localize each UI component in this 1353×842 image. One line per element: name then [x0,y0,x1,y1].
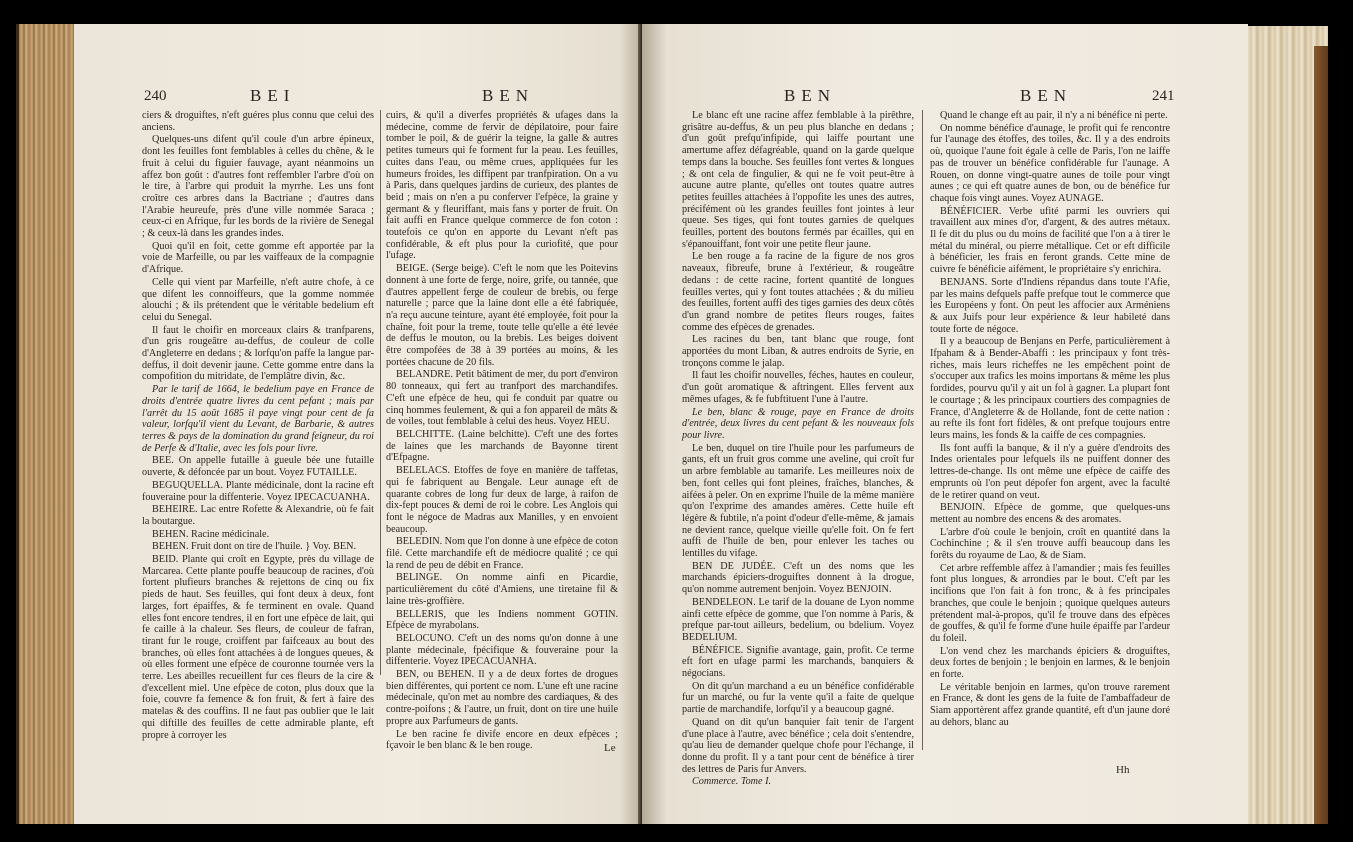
right-page-column-1: Le blanc eft une racine affez femblable … [682,110,914,789]
paragraph: Ils font auffi la banque, & il n'y a guè… [930,443,1170,502]
left-page-column-2: cuirs, & qu'il a diverfes propriétés & u… [386,110,618,753]
paragraph: Cet arbre reffemble affez à l'amandier ;… [930,563,1170,645]
entry-behen-fruit: BEHEN. Fruit dont on tire de l'huile. } … [142,541,374,553]
entry-bendeleon: BENDELEON. Le tarif de la douane de Lyon… [682,597,914,644]
entry-behen-racine: BEHEN. Racine médicinale. [142,529,374,541]
paragraph: Celle qui vient par Marfeille, n'eft aut… [142,277,374,324]
paragraph: Le blanc eft une racine affez femblable … [682,110,914,250]
entry-beneficier: BÉNÉFICIER. Verbe ufité parmi les ouvrie… [930,206,1170,276]
paragraph: Par le tarif de 1664, le bedelium paye e… [142,384,374,454]
paragraph: L'arbre d'où coule le benjoin, croît en … [930,527,1170,562]
column-rule [380,110,381,675]
paragraph: Il y a beaucoup de Benjans en Perfe, par… [930,336,1170,441]
paragraph: Il faut les choifir nouvelles, féches, h… [682,370,914,405]
paragraph: Le ben racine fe divife encore en deux e… [386,729,618,752]
paragraph: Le ben, blanc & rouge, paye en France de… [682,407,914,442]
entry-beguquella: BEGUQUELLA. Plante médicinale, dont la r… [142,480,374,503]
paragraph: Quand le change eft au pair, il n'y a ni… [930,110,1170,122]
entry-benjoin: BENJOIN. Efpèce de gomme, que quelques-u… [930,502,1170,525]
paragraph: Quoi qu'il en foit, cette gomme eft appo… [142,241,374,276]
entry-beid: BEID. Plante qui croît en Egypte, près d… [142,554,374,741]
entry-beheire: BEHEIRE. Lac entre Rofette & Alexandrie,… [142,504,374,527]
left-page: 240 BEI BEN ciers & droguiftes, n'eft gu… [74,24,642,824]
page-number: 241 [1152,88,1175,105]
running-head-left: BEN [784,86,836,106]
paragraph: L'on vend chez les marchands épiciers & … [930,646,1170,681]
paragraph: cuirs, & qu'il a diverfes propriétés & u… [386,110,618,262]
paragraph: Quelques-uns difent qu'il coule d'un arb… [142,134,374,239]
column-rule [922,110,923,750]
right-page-column-2: Quand le change eft au pair, il n'y a ni… [930,110,1170,730]
entry-benjans: BENJANS. Sorte d'Indiens répandus dans t… [930,277,1170,336]
entry-benefice: BÉNÉFICE. Signifie avantage, gain, profi… [682,645,914,680]
paragraph: ciers & droguiftes, n'eft guéres plus co… [142,110,374,133]
paragraph: Le ben rouge a fa racine de la figure de… [682,251,914,333]
entry-beledin: BELEDIN. Nom que l'on donne à une efpèce… [386,536,618,571]
entry-belandre: BELANDRE. Petit bâtiment de mer, du port… [386,369,618,428]
left-page-column-1: ciers & droguiftes, n'eft guéres plus co… [142,110,374,742]
book-fore-edge-left [16,24,74,824]
paragraph: Les racines du ben, tant blanc que rouge… [682,334,914,369]
running-head-left: BEI [250,86,295,106]
entry-ben: BEN, ou BEHEN. Il y a de deux fortes de … [386,669,618,728]
running-head-right: BEN [1020,86,1072,106]
entry-belinge: BELINGE. On nomme ainfi en Picardie, par… [386,572,618,607]
signature-mark: Hh [1116,764,1129,776]
running-head-right: BEN [482,86,534,106]
entry-beige: BEIGE. (Serge beige). C'eft le nom que l… [386,263,618,368]
entry-belleris: BELLERIS, que les Indiens nomment GOTIN.… [386,609,618,632]
entry-belocuno: BELOCUNO. C'eft un des noms qu'on donne … [386,633,618,668]
open-book: 240 BEI BEN ciers & droguiftes, n'eft gu… [16,16,1312,824]
paragraph: Le véritable benjoin en larmes, qu'on tr… [930,682,1170,729]
paragraph: Il faut le choifir en morceaux clairs & … [142,325,374,384]
paragraph: On nomme bénéfice d'aunage, le profit qu… [930,123,1170,205]
page-number: 240 [144,88,167,105]
paragraph: Le ben, duquel on tire l'huile pour les … [682,443,914,560]
paragraph: On dit qu'un marchand a eu un bénéfice c… [682,681,914,716]
right-page: BEN BEN 241 Le blanc eft une racine affe… [642,24,1248,824]
entry-bee: BEE. On appelle futaille à gueule bée un… [142,455,374,478]
entry-belchitte: BELCHITTE. (Laine belchitte). C'eft une … [386,429,618,464]
paragraph: Quand on dit qu'un banquier fait tenir d… [682,717,914,776]
entry-ben-de-judee: BEN DE JUDÉE. C'eft un des noms que les … [682,561,914,596]
signature-line: Commerce. Tome I. [682,776,914,788]
catchword: Le [604,742,616,754]
entry-belelacs: BELELACS. Etoffes de foye en manière de … [386,465,618,535]
book-fore-edge-right [1248,26,1328,824]
